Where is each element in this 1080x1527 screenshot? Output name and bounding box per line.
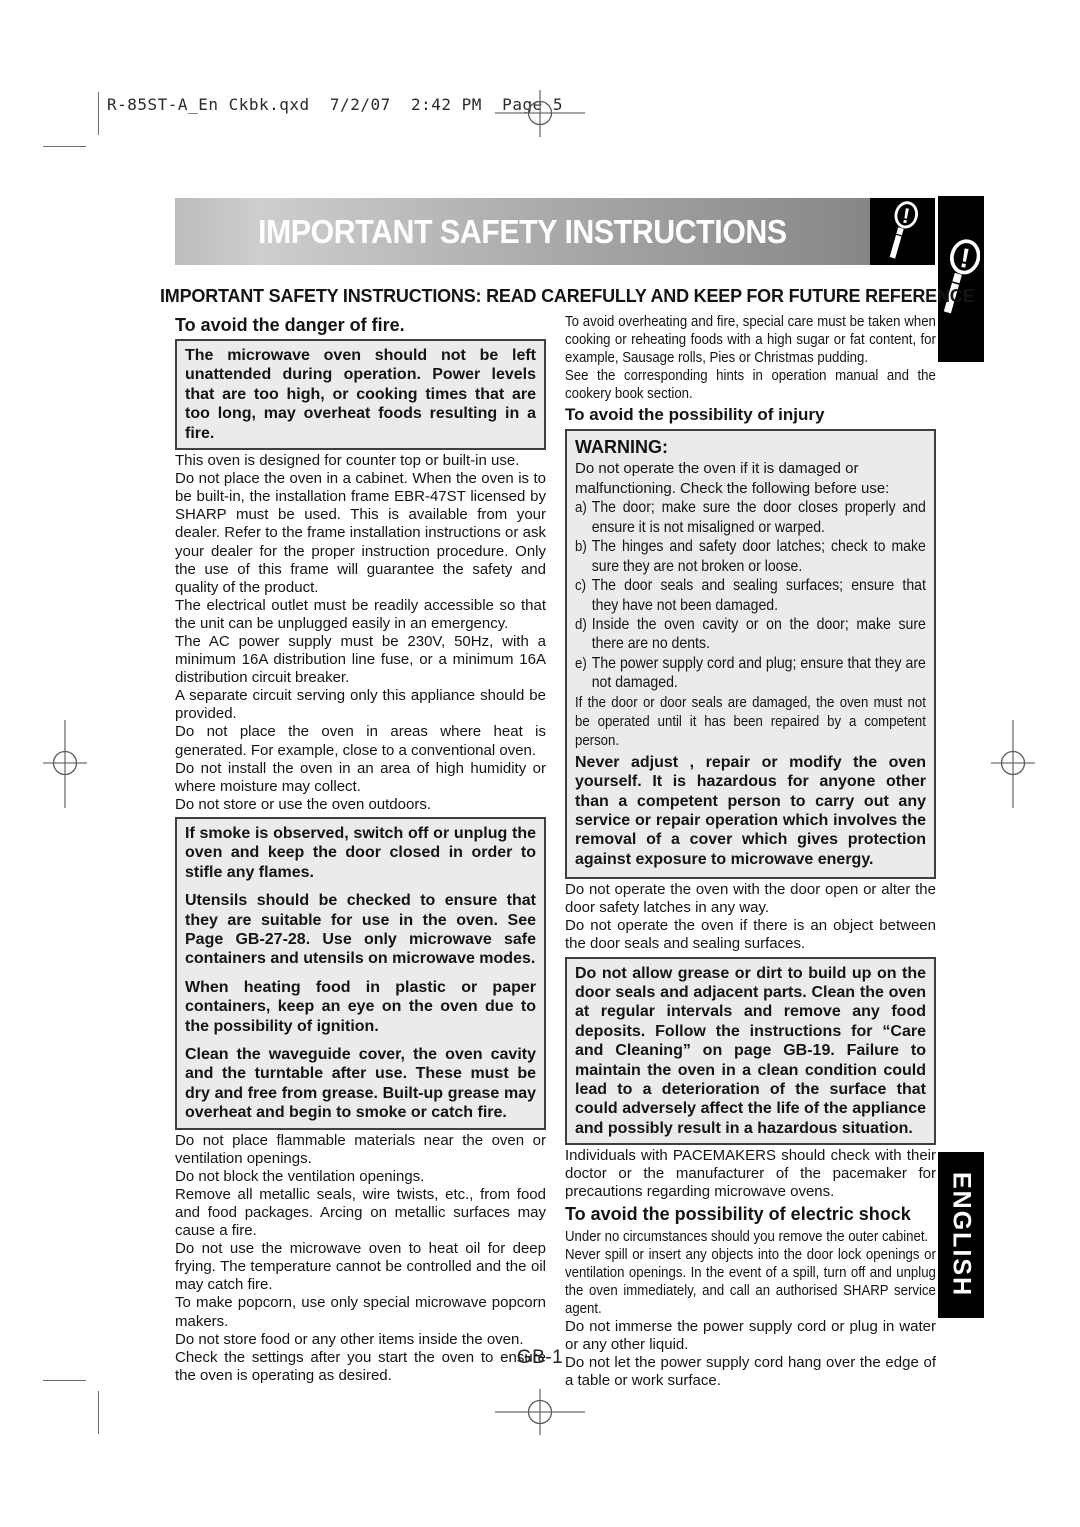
warning-box-damage: WARNING: Do not operate the oven if it i… [565, 429, 936, 879]
list-text: The door seals and sealing surfaces; ens… [592, 576, 926, 615]
section-title: IMPORTANT SAFETY INSTRUCTIONS [258, 213, 787, 251]
body-paragraph: Do not immerse the power supply cord or … [565, 1318, 936, 1354]
alert-magnifier-icon: ! [942, 239, 980, 319]
warning-text: Clean the waveguide cover, the oven cavi… [185, 1045, 536, 1123]
list-label: e) [575, 654, 592, 693]
list-label: c) [575, 576, 592, 615]
crop-mark [43, 146, 86, 147]
registration-mark-top [495, 90, 585, 140]
body-paragraph: Do not place the oven in a cabinet. When… [175, 470, 546, 597]
left-column: To avoid the danger of fire. The microwa… [175, 313, 546, 1385]
warning-text: Do not allow grease or dirt to build up … [575, 964, 926, 1139]
body-paragraph: Do not place the oven in areas where hea… [175, 723, 546, 759]
language-tab-label: ENGLISH [947, 1172, 976, 1297]
page-number: GB-1 [490, 1347, 590, 1369]
list-label: d) [575, 615, 592, 654]
right-column: To avoid overheating and fire, special c… [565, 313, 936, 1390]
body-paragraph: Do not install the oven in an area of hi… [175, 760, 546, 796]
safety-icon-tab: ! [938, 196, 984, 362]
warning-intro: Do not operate the oven if it is damaged… [575, 459, 905, 498]
warning-list-item: d) Inside the oven cavity or on the door… [575, 615, 926, 654]
warning-after-text: If the door or door seals are damaged, t… [575, 693, 926, 751]
language-tab-english: ENGLISH [938, 1152, 984, 1318]
list-label: b) [575, 537, 592, 576]
alert-magnifier-icon: ! [885, 201, 921, 263]
heading-avoid-electric-shock: To avoid the possibility of electric sho… [565, 1203, 936, 1225]
warning-text: If smoke is observed, switch off or unpl… [185, 824, 536, 882]
safety-icon-box: ! [870, 198, 935, 265]
warning-bold-text: Never adjust , repair or modify the oven… [575, 753, 926, 869]
crop-mark [98, 1391, 99, 1434]
body-paragraph: The AC power supply must be 230V, 50Hz, … [175, 633, 546, 687]
section-title-bar: IMPORTANT SAFETY INSTRUCTIONS [175, 198, 870, 265]
warning-box-unattended: The microwave oven should not be left un… [175, 339, 546, 450]
body-paragraph: Do not block the ventilation openings. [175, 1168, 546, 1186]
heading-avoid-fire: To avoid the danger of fire. [175, 314, 546, 336]
crop-mark [98, 92, 99, 135]
list-text: The door; make sure the door closes prop… [592, 498, 926, 537]
list-text: Inside the oven cavity or on the door; m… [592, 615, 926, 654]
body-paragraph: Remove all metallic seals, wire twists, … [175, 1186, 546, 1240]
list-text: The hinges and safety door latches; chec… [592, 537, 926, 576]
body-paragraph: The electrical outlet must be readily ac… [175, 597, 546, 633]
body-paragraph: Under no circumstances should you remove… [565, 1228, 936, 1246]
warning-text: When heating food in plastic or paper co… [185, 978, 536, 1036]
page-main-heading: IMPORTANT SAFETY INSTRUCTIONS: READ CARE… [160, 286, 950, 307]
body-paragraph: Do not store or use the oven outdoors. [175, 796, 546, 814]
heading-avoid-injury: To avoid the possibility of injury [565, 404, 936, 426]
body-paragraph: A separate circuit serving only this app… [175, 687, 546, 723]
body-paragraph: To avoid overheating and fire, special c… [565, 313, 936, 367]
warning-list-item: e) The power supply cord and plug; ensur… [575, 654, 926, 693]
body-paragraph: Never spill or insert any objects into t… [565, 1246, 936, 1318]
registration-mark-bottom [495, 1389, 585, 1439]
body-paragraph: This oven is designed for counter top or… [175, 452, 546, 470]
body-paragraph: Do not let the power supply cord hang ov… [565, 1354, 936, 1390]
warning-title: WARNING: [575, 435, 926, 459]
warning-list-item: b) The hinges and safety door latches; c… [575, 537, 926, 576]
body-paragraph: Do not place flammable materials near th… [175, 1132, 546, 1168]
list-label: a) [575, 498, 592, 537]
warning-text: The microwave oven should not be left un… [185, 346, 536, 443]
body-paragraph: Do not use the microwave oven to heat oi… [175, 1240, 546, 1294]
body-paragraph: Do not store food or any other items ins… [175, 1331, 546, 1349]
body-paragraph: To make popcorn, use only special microw… [175, 1294, 546, 1330]
list-text: The power supply cord and plug; ensure t… [592, 654, 926, 693]
registration-mark-right [991, 720, 1035, 808]
warning-list-item: a) The door; make sure the door closes p… [575, 498, 926, 537]
body-paragraph: Individuals with PACEMAKERS should check… [565, 1147, 936, 1201]
body-paragraph: See the corresponding hints in operation… [565, 367, 936, 403]
body-paragraph: Do not operate the oven with the door op… [565, 881, 936, 917]
warning-box-smoke: If smoke is observed, switch off or unpl… [175, 817, 546, 1130]
warning-text: Utensils should be checked to ensure tha… [185, 891, 536, 969]
registration-mark-left [43, 720, 87, 808]
warning-box-grease: Do not allow grease or dirt to build up … [565, 957, 936, 1146]
crop-mark [43, 1380, 86, 1381]
warning-list-item: c) The door seals and sealing surfaces; … [575, 576, 926, 615]
body-paragraph: Do not operate the oven if there is an o… [565, 917, 936, 953]
